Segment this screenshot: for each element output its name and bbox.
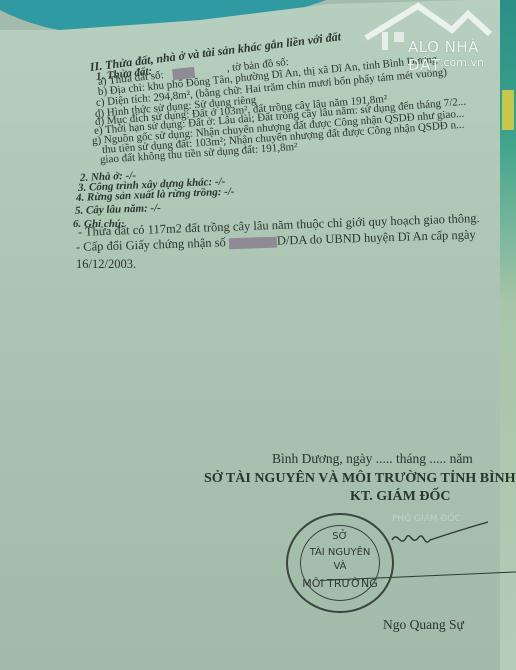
signature-scribble (390, 520, 490, 560)
place-date: Bình Dương, ngày ..... tháng ..... năm (272, 451, 473, 467)
cover-edge (500, 0, 516, 670)
official-stamp: SỞ TÀI NGUYÊN VÀ MÔI TRƯỜNG (286, 513, 394, 613)
signer-name: Ngo Quang Sự (383, 617, 464, 633)
watermark-logo: ALO NHÀ ĐẤT .com.vn (360, 2, 510, 72)
signer-role: KT. GIÁM ĐỐC (350, 489, 450, 505)
redacted-certificate-number (229, 236, 277, 249)
agency-name: SỞ TÀI NGUYÊN VÀ MÔI TRƯỜNG TỈNH BÌNH DƯ… (204, 471, 516, 487)
notes-line-3: 16/12/2003. (76, 257, 136, 272)
